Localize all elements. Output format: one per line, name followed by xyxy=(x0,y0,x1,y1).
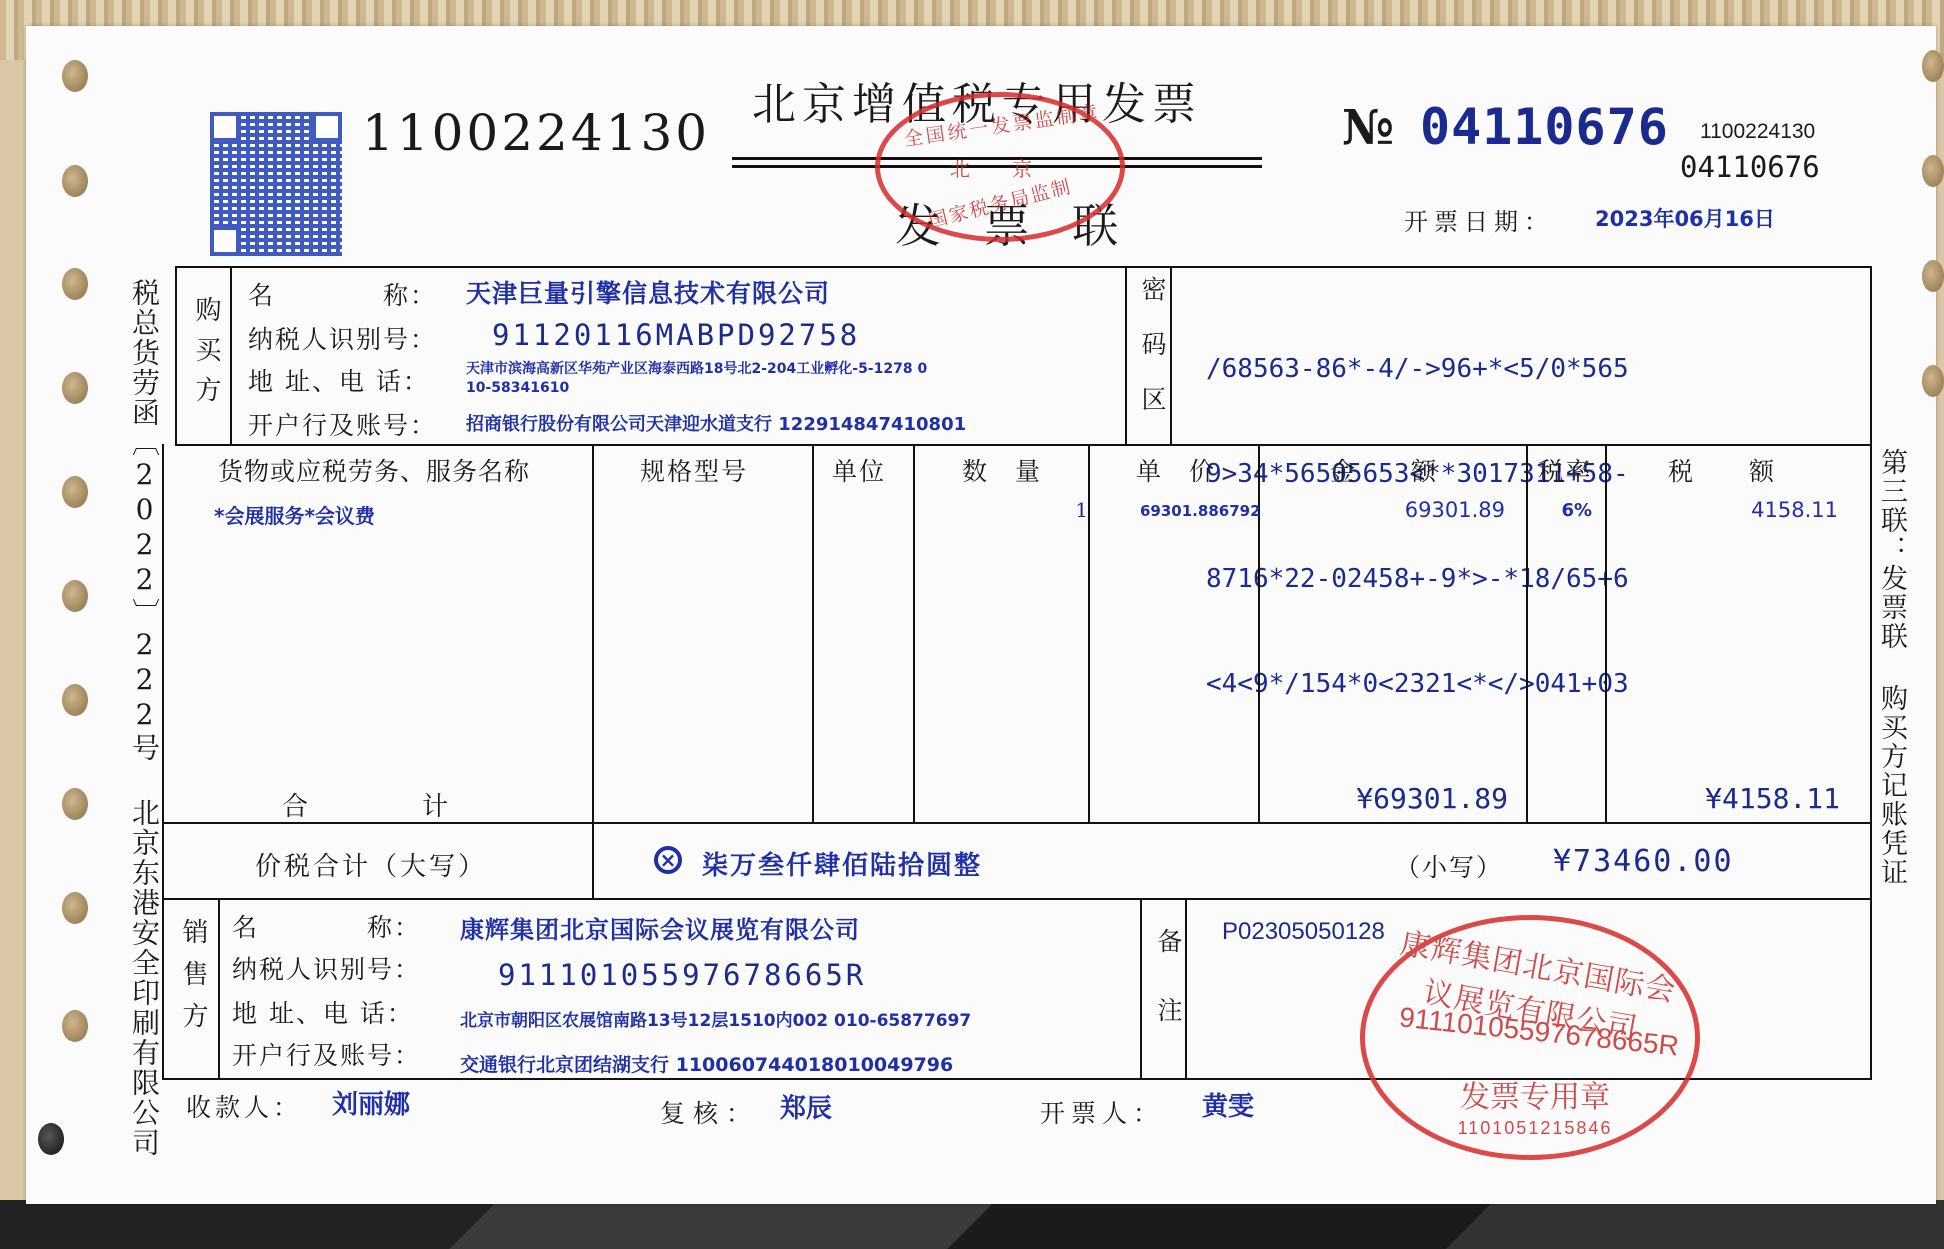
feed-hole xyxy=(62,580,88,612)
grand-total-label: 价税合计（大写） xyxy=(255,846,487,883)
col-divider xyxy=(812,444,814,824)
issuer-label: 开票人： xyxy=(1040,1094,1164,1130)
item-unit-price: 69301.886792 xyxy=(1140,502,1261,520)
header-tax-rate: 税率 xyxy=(1526,452,1605,488)
divider xyxy=(1170,266,1172,446)
buyer-address-label: 地 址、电 话： xyxy=(248,362,430,398)
payee-label: 收款人： xyxy=(186,1088,302,1124)
buyer-bank-account: 招商银行股份有限公司天津迎水道支行 122914847410801 xyxy=(466,410,966,436)
buyer-taxid-label: 纳税人识别号： xyxy=(248,320,437,356)
feed-hole xyxy=(1922,155,1944,187)
date-label: 开票日期： xyxy=(1404,202,1554,237)
copy-designation: 第三联：发票联 购买方记账凭证 xyxy=(1872,448,1911,887)
qr-finder xyxy=(210,226,240,256)
item-amount: 69301.89 xyxy=(1260,498,1505,522)
circled-x-icon: × xyxy=(654,846,682,874)
invoice-date: 2023年06月16日 xyxy=(1595,203,1775,233)
col-divider xyxy=(1088,444,1090,824)
col-divider xyxy=(592,822,594,900)
lowercase-label: （小写） xyxy=(1395,848,1503,884)
item-quantity: 1 xyxy=(913,498,1088,522)
buyer-bank-label: 开户行及账号： xyxy=(248,406,437,442)
total-amount: ¥69301.89 xyxy=(1260,782,1508,815)
header-spec: 规格型号 xyxy=(640,452,748,488)
seller-name: 康辉集团北京国际会议展览有限公司 xyxy=(460,910,860,945)
divider xyxy=(218,898,220,1080)
feed-hole xyxy=(62,372,88,404)
remarks-label: 备注 xyxy=(1150,928,1186,1066)
feed-hole xyxy=(62,892,88,924)
reviewer-name: 郑辰 xyxy=(780,1088,832,1125)
buyer-label: 购买方 xyxy=(188,296,225,416)
seller-address: 北京市朝阳区农展馆南路13号12层1510内002 010-65877697 xyxy=(460,1006,971,1031)
dark-surface xyxy=(0,1200,1944,1249)
seller-label: 销售方 xyxy=(175,918,212,1044)
seller-taxid-label: 纳税人识别号： xyxy=(232,950,421,986)
grand-total-uppercase: 柒万叁仟肆佰陆拾圆整 xyxy=(702,845,982,882)
invoice-code-small: 1100224130 xyxy=(1700,120,1815,144)
remarks-text: P02305050128 xyxy=(1222,918,1385,946)
stamp-top-text: 全国统一发票监制章 xyxy=(901,97,1103,152)
stamp-type: 发票专用章 xyxy=(1425,1072,1645,1116)
invoice-number: 04110676 xyxy=(1420,98,1669,156)
divider xyxy=(1140,898,1142,1080)
reviewer-label: 复核： xyxy=(660,1094,759,1130)
total-label: 合 计 xyxy=(282,786,450,823)
seller-bank-account: 交通银行北京团结湖支行 110060744018010049796 xyxy=(460,1050,953,1077)
payee-name: 刘丽娜 xyxy=(332,1084,410,1121)
supervision-stamp: 全国统一发票监制章 北 京 国家税务局监制 xyxy=(875,92,1125,242)
feed-hole xyxy=(62,165,88,197)
seller-name-label: 名 称： xyxy=(232,908,421,944)
qr-code xyxy=(210,112,342,256)
invoice-number-small: 04110676 xyxy=(1680,150,1820,184)
feed-hole xyxy=(62,60,88,92)
buyer-name: 天津巨量引擎信息技术有限公司 xyxy=(466,274,830,310)
header-amount: 金 额 xyxy=(1330,452,1438,488)
total-tax: ¥4158.11 xyxy=(1610,782,1840,815)
header-unit-price: 单 价 xyxy=(1136,452,1224,488)
buyer-address-line2: 10-58341610 xyxy=(466,380,569,396)
feed-hole xyxy=(62,1010,88,1042)
item-tax-rate: 6% xyxy=(1526,500,1592,521)
item-quantity-value: 1 xyxy=(1075,498,1088,522)
seller-invoice-stamp: 康辉集团北京国际会议展览有限公司 91110105597678665R 发票专用… xyxy=(1360,915,1700,1160)
divider xyxy=(230,266,232,446)
header-quantity: 数 量 xyxy=(962,452,1050,488)
feed-hole xyxy=(62,788,88,820)
seller-bank-label: 开户行及账号： xyxy=(232,1036,421,1072)
cipher-label: 密码区 xyxy=(1134,276,1170,441)
feed-hole xyxy=(38,1123,64,1155)
feed-hole xyxy=(1922,50,1944,82)
feed-hole xyxy=(62,684,88,716)
header-item-name: 货物或应税劳务、服务名称 xyxy=(218,452,530,488)
divider xyxy=(1125,266,1127,446)
invoice-code: 1100224130 xyxy=(362,104,710,162)
number-symbol: № xyxy=(1342,100,1394,156)
qr-finder xyxy=(210,112,240,142)
col-divider xyxy=(592,444,594,824)
feed-hole xyxy=(62,268,88,300)
buyer-name-label: 名 称： xyxy=(248,276,437,312)
buyer-address-line1: 天津市滨海高新区华苑产业区海泰西路18号北2-204工业孵化-5-1278 0 xyxy=(466,358,927,378)
issuer-name: 黄雯 xyxy=(1202,1086,1254,1123)
header-tax: 税 额 xyxy=(1668,452,1776,488)
col-divider xyxy=(1605,444,1607,824)
seller-address-label: 地 址、电 话： xyxy=(232,994,414,1030)
buyer-tax-id: 91120116MABPD92758 xyxy=(492,318,860,352)
feed-hole xyxy=(1922,365,1944,397)
item-name: *会展服务*会议费 xyxy=(214,500,375,529)
qr-finder xyxy=(312,112,342,142)
feed-hole xyxy=(1922,260,1944,292)
item-tax: 4158.11 xyxy=(1610,498,1838,522)
feed-hole xyxy=(62,476,88,508)
seller-tax-id: 91110105597678665R xyxy=(498,958,866,992)
header-unit: 单位 xyxy=(832,452,886,488)
printer-info: 税总货劳函〔2022〕222号 北京东港安全印刷有限公司 xyxy=(124,278,164,1158)
grand-total-lowercase: ¥73460.00 xyxy=(1553,844,1734,879)
cipher-line: /68563-86*-4/->96+*<5/0*565 xyxy=(1206,352,1629,387)
stamp-serial: 1101051215846 xyxy=(1425,1118,1645,1139)
